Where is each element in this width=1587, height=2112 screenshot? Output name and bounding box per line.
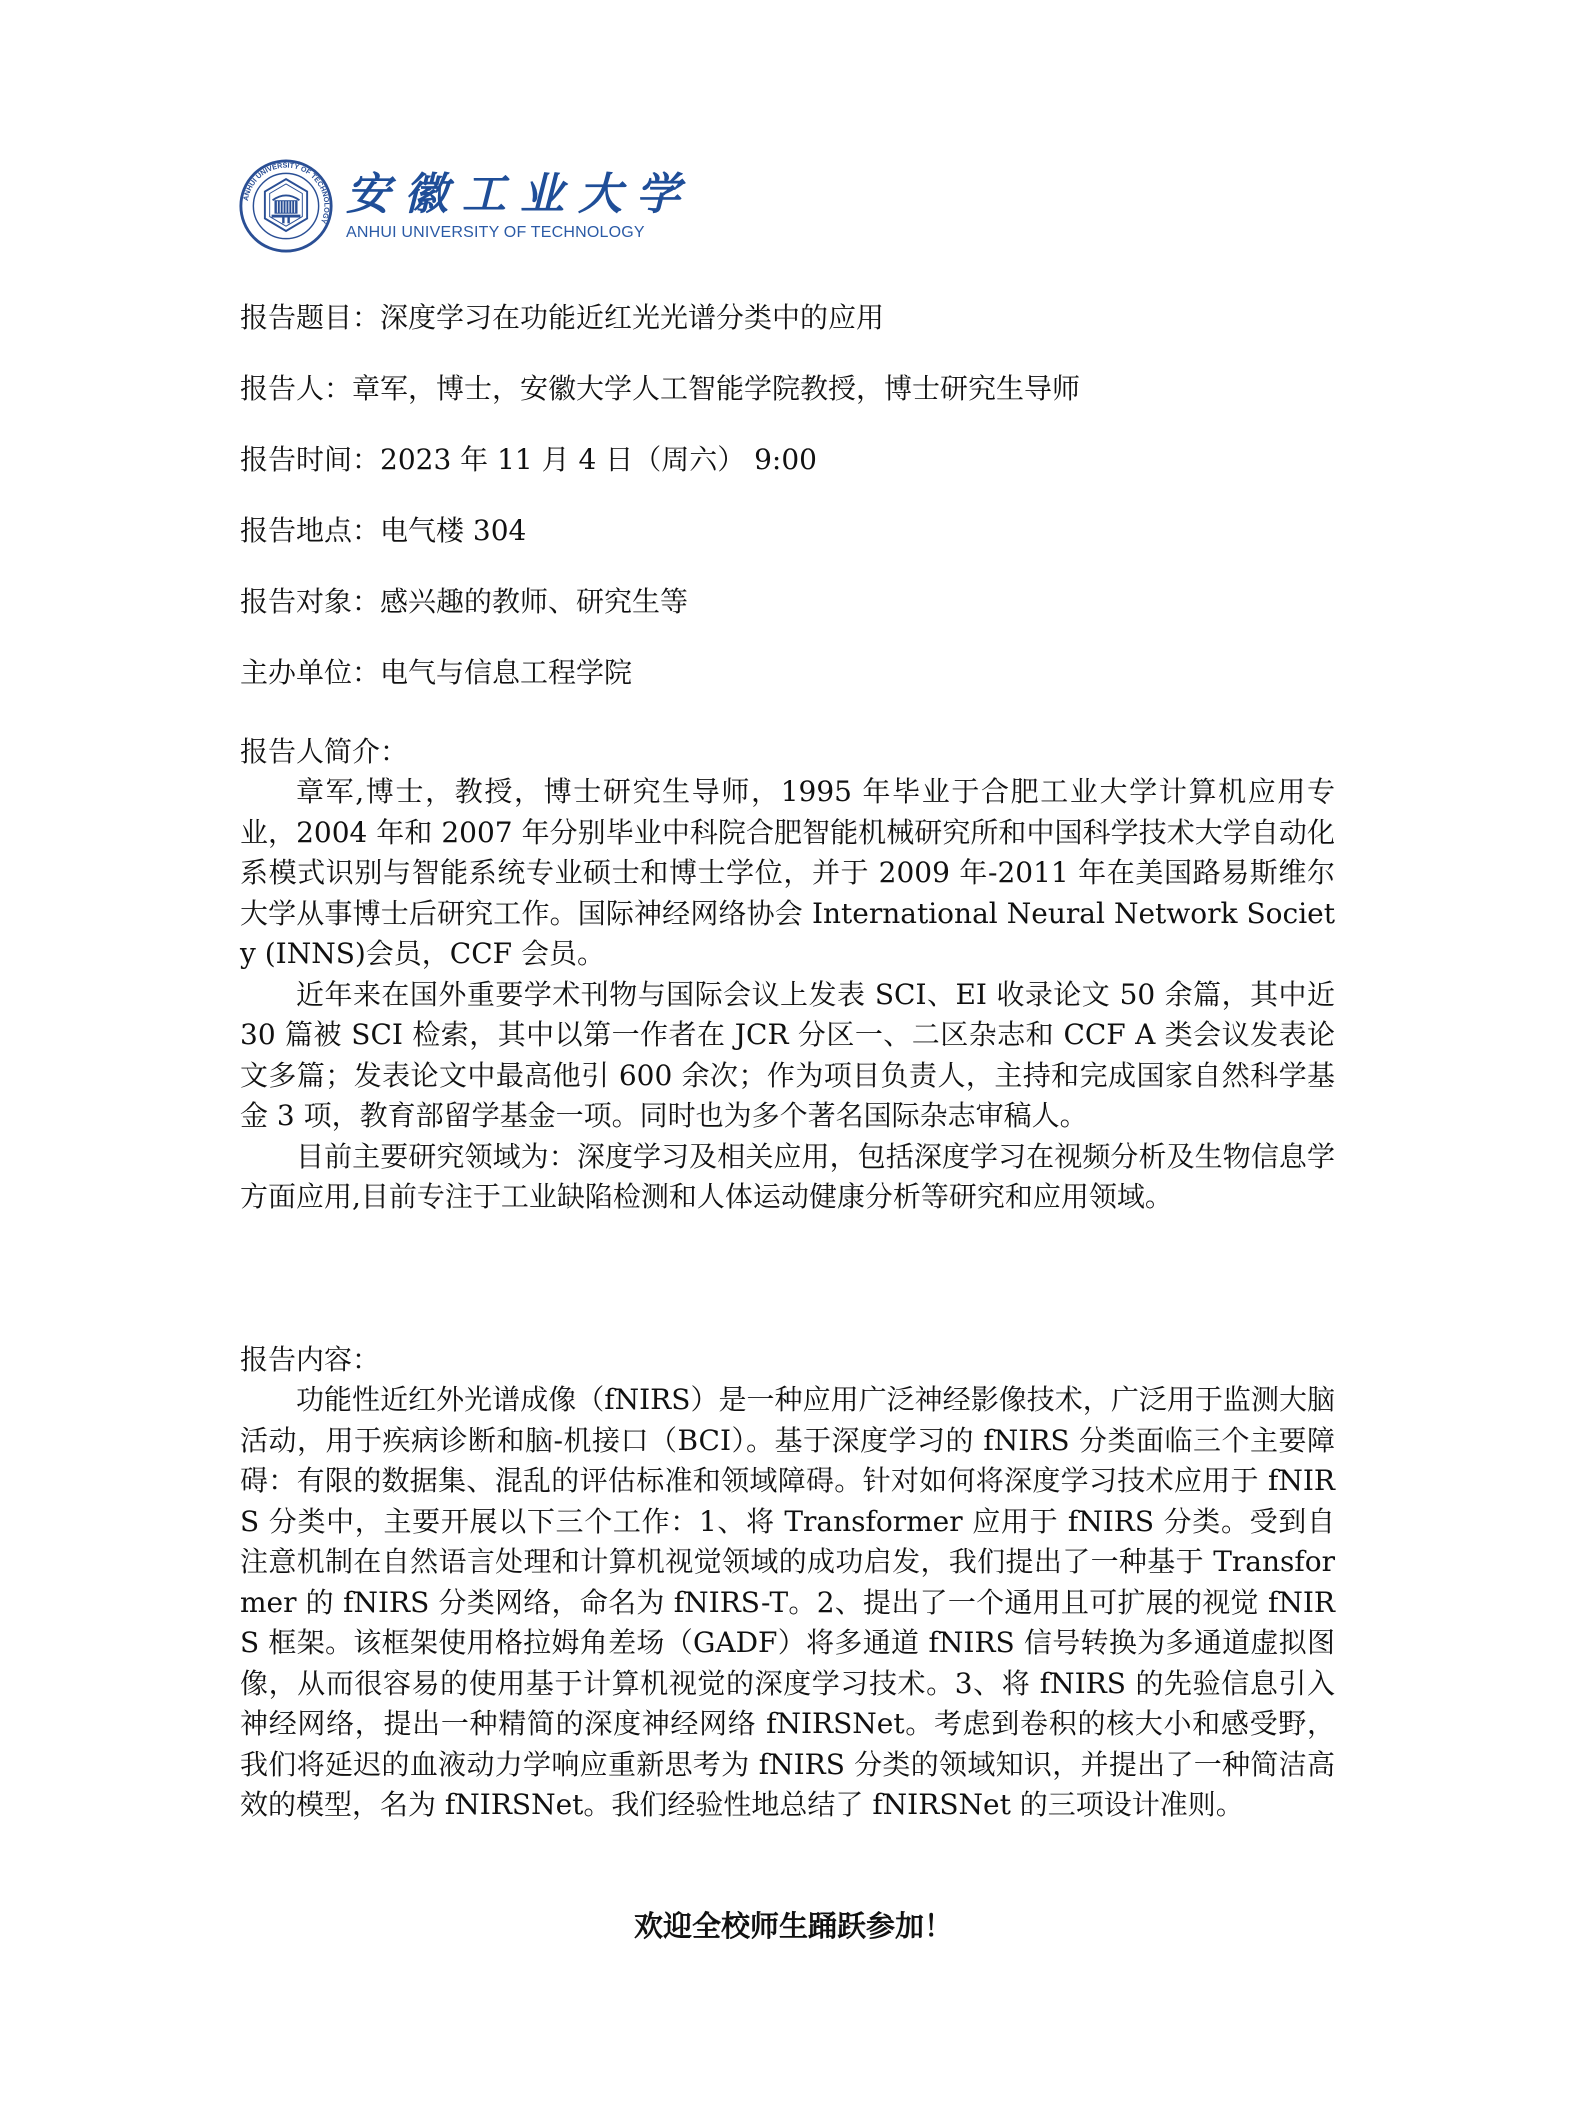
- location-label: 报告地点：: [240, 514, 380, 547]
- bio-paragraph: 近年来在国外重要学术刊物与国际会议上发表 SCI、EI 收录论文 50 余篇，其…: [240, 975, 1335, 1137]
- report-content-heading: 报告内容：: [240, 1340, 1335, 1380]
- report-content-section: 报告内容： 功能性近红外光谱成像（fNIRS）是一种应用广泛神经影像技术，广泛用…: [240, 1340, 1335, 1826]
- announcement-page: ANHUI UNIVERSITY OF TECHNOLOGY 安徽工业大学 AN…: [0, 0, 1587, 2112]
- report-title-value: 深度学习在功能近红光光谱分类中的应用: [380, 301, 884, 334]
- speaker-value: 章军，博士，安徽大学人工智能学院教授，博士研究生导师: [352, 372, 1080, 405]
- audience-value: 感兴趣的教师、研究生等: [380, 585, 688, 618]
- university-seal-icon: ANHUI UNIVERSITY OF TECHNOLOGY: [238, 158, 334, 254]
- report-info-list: 报告题目：深度学习在功能近红光光谱分类中的应用 报告人：章军，博士，安徽大学人工…: [240, 300, 1340, 726]
- speaker-line: 报告人：章军，博士，安徽大学人工智能学院教授，博士研究生导师: [240, 371, 1340, 407]
- time-label: 报告时间：: [240, 443, 380, 476]
- report-title-label: 报告题目：: [240, 301, 380, 334]
- host-line: 主办单位：电气与信息工程学院: [240, 655, 1340, 691]
- speaker-bio-heading: 报告人简介：: [240, 732, 1335, 772]
- time-line: 报告时间：2023 年 11 月 4 日（周六） 9:00: [240, 442, 1340, 478]
- speaker-bio-section: 报告人简介： 章军,博士，教授，博士研究生导师，1995 年毕业于合肥工业大学计…: [240, 732, 1335, 1218]
- university-name-en: ANHUI UNIVERSITY OF TECHNOLOGY: [346, 223, 694, 243]
- time-value: 2023 年 11 月 4 日（周六） 9:00: [380, 443, 817, 476]
- location-value: 电气楼 304: [380, 514, 526, 547]
- audience-label: 报告对象：: [240, 585, 380, 618]
- bio-paragraph: 目前主要研究领域为：深度学习及相关应用，包括深度学习在视频分析及生物信息学方面应…: [240, 1137, 1335, 1218]
- university-logo: ANHUI UNIVERSITY OF TECHNOLOGY 安徽工业大学 AN…: [238, 158, 694, 254]
- speaker-label: 报告人：: [240, 372, 352, 405]
- bio-paragraph: 章军,博士，教授，博士研究生导师，1995 年毕业于合肥工业大学计算机应用专业，…: [240, 772, 1335, 975]
- host-value: 电气与信息工程学院: [380, 656, 632, 689]
- host-label: 主办单位：: [240, 656, 380, 689]
- report-title-line: 报告题目：深度学习在功能近红光光谱分类中的应用: [240, 300, 1340, 336]
- welcome-message: 欢迎全校师生踊跃参加！: [0, 1906, 1587, 1946]
- audience-line: 报告对象：感兴趣的教师、研究生等: [240, 584, 1340, 620]
- location-line: 报告地点：电气楼 304: [240, 513, 1340, 549]
- university-name-cn: 安徽工业大学: [346, 169, 694, 221]
- content-paragraph: 功能性近红外光谱成像（fNIRS）是一种应用广泛神经影像技术，广泛用于监测大脑活…: [240, 1380, 1335, 1826]
